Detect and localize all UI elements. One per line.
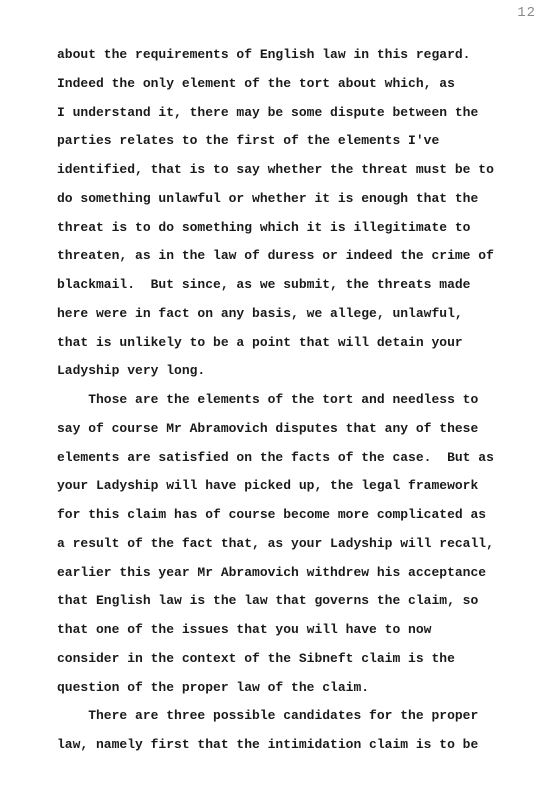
transcript-line: law, namely first that the intimidation … <box>57 731 538 760</box>
transcript-line: consider in the context of the Sibneft c… <box>57 645 538 674</box>
transcript-line: about the requirements of English law in… <box>57 41 538 70</box>
transcript-line: threat is to do something which it is il… <box>57 214 538 243</box>
transcript-text-block: about the requirements of English law in… <box>57 41 538 760</box>
transcript-line: Those are the elements of the tort and n… <box>57 386 538 415</box>
transcript-line: elements are satisfied on the facts of t… <box>57 444 538 473</box>
transcript-line: say of course Mr Abramovich disputes tha… <box>57 415 538 444</box>
page-number: 12 <box>517 5 536 21</box>
transcript-line: blackmail. But since, as we submit, the … <box>57 271 538 300</box>
transcript-line: that is unlikely to be a point that will… <box>57 329 538 358</box>
transcript-line: Indeed the only element of the tort abou… <box>57 70 538 99</box>
transcript-line: here were in fact on any basis, we alleg… <box>57 300 538 329</box>
transcript-line: There are three possible candidates for … <box>57 702 538 731</box>
transcript-line: earlier this year Mr Abramovich withdrew… <box>57 559 538 588</box>
transcript-line: your Ladyship will have picked up, the l… <box>57 472 538 501</box>
transcript-line: question of the proper law of the claim. <box>57 674 538 703</box>
transcript-line: identified, that is to say whether the t… <box>57 156 538 185</box>
transcript-line: parties relates to the first of the elem… <box>57 127 538 156</box>
transcript-line: that English law is the law that governs… <box>57 587 538 616</box>
transcript-line: threaten, as in the law of duress or ind… <box>57 242 538 271</box>
transcript-line: I understand it, there may be some dispu… <box>57 99 538 128</box>
transcript-line: do something unlawful or whether it is e… <box>57 185 538 214</box>
transcript-line: a result of the fact that, as your Ladys… <box>57 530 538 559</box>
transcript-line: for this claim has of course become more… <box>57 501 538 530</box>
transcript-line: Ladyship very long. <box>57 357 538 386</box>
transcript-line: that one of the issues that you will hav… <box>57 616 538 645</box>
